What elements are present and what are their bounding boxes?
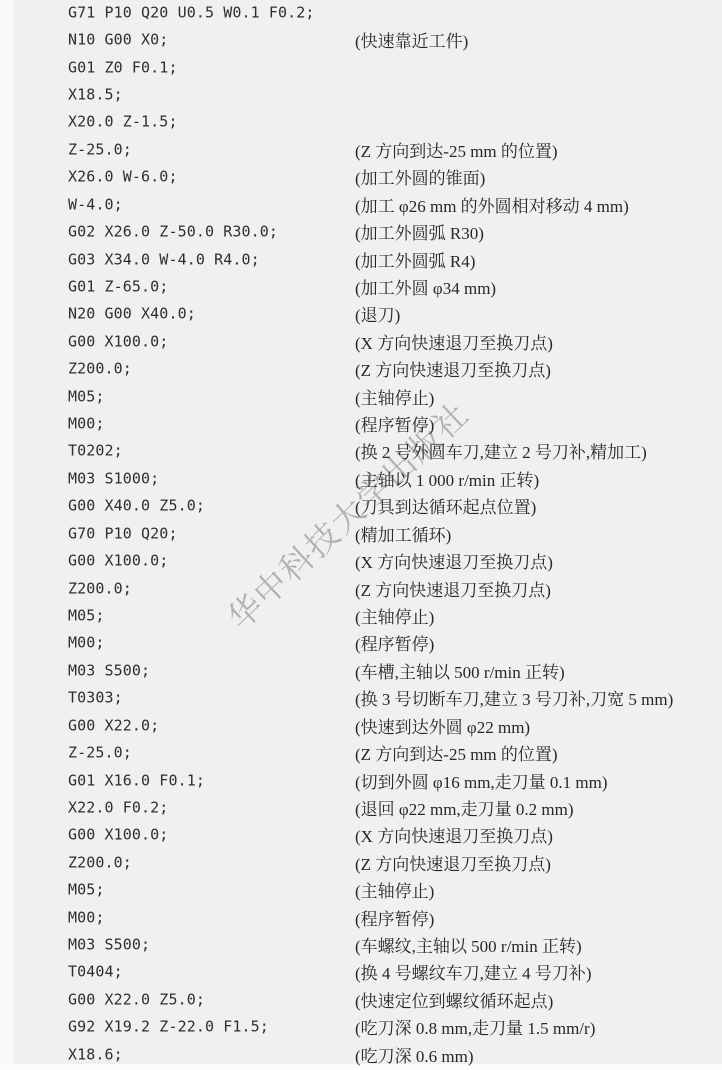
comment-text: (X 方向快速退刀至换刀点) [355,329,553,354]
program-line: M03 S1000;(主轴以 1 000 r/min 正转) [0,465,722,492]
program-line: X18.6;(吃刀深 0.6 mm) [0,1041,722,1068]
gcode-text: M03 S500; [68,661,150,679]
comment-text: (Z 方向快速退刀至换刀点) [355,576,551,601]
comment-text: (X 方向快速退刀至换刀点) [355,822,553,847]
gcode-text: G00 X100.0; [68,332,168,350]
gcode-text: G00 X40.0 Z5.0; [68,497,205,515]
comment-text: (退刀) [355,301,400,326]
program-line: M05;(主轴停止) [0,602,722,629]
gcode-text: G00 X100.0; [68,826,168,844]
comment-text: (加工外圆的锥面) [355,164,485,189]
gcode-text: G70 P10 Q20; [68,524,178,542]
program-line: G01 Z0 F0.1; [0,54,722,81]
program-line: M05;(主轴停止) [0,383,722,410]
comment-text: (快速定位到螺纹循环起点) [355,987,553,1012]
gcode-text: Z200.0; [68,853,132,871]
gcode-text: G03 X34.0 W-4.0 R4.0; [68,250,260,268]
program-line: X22.0 F0.2;(退回 φ22 mm,走刀量 0.2 mm) [0,794,722,821]
gcode-text: X26.0 W-6.0; [68,168,178,186]
program-line: Z200.0;(Z 方向快速退刀至换刀点) [0,849,722,876]
gcode-text: G01 Z-65.0; [68,278,168,296]
comment-text: (主轴停止) [355,603,434,628]
program-line: G00 X100.0;(X 方向快速退刀至换刀点) [0,328,722,355]
program-line: G70 P10 Q20;(精加工循环) [0,520,722,547]
gcode-text: G01 Z0 F0.1; [68,58,178,76]
program-line: Z-25.0;(Z 方向到达-25 mm 的位置) [0,739,722,766]
gcode-text: Z200.0; [68,579,132,597]
gcode-text: G01 X16.0 F0.1; [68,771,205,789]
comment-text: (加工外圆弧 R30) [355,219,484,244]
gcode-text: X22.0 F0.2; [68,799,168,817]
comment-text: (刀具到达循环起点位置) [355,493,536,518]
program-line: G92 X19.2 Z-22.0 F1.5;(吃刀深 0.8 mm,走刀量 1.… [0,1014,722,1041]
comment-text: (程序暂停) [355,905,434,930]
program-line: T0303;(换 3 号切断车刀,建立 3 号刀补,刀宽 5 mm) [0,685,722,712]
comment-text: (退回 φ22 mm,走刀量 0.2 mm) [355,795,574,820]
program-line: G71 P10 Q20 U0.5 W0.1 F0.2; [0,0,722,26]
gcode-text: G00 X100.0; [68,552,168,570]
comment-text: (X 方向快速退刀至换刀点) [355,548,553,573]
program-line: W-4.0;(加工 φ26 mm 的外圆相对移动 4 mm) [0,191,722,218]
program-line: Z200.0;(Z 方向快速退刀至换刀点) [0,355,722,382]
program-line: X26.0 W-6.0;(加工外圆的锥面) [0,164,722,191]
gcode-text: M05; [68,387,105,405]
comment-text: (Z 方向到达-25 mm 的位置) [355,740,558,765]
program-line: T0202;(换 2 号外圆车刀,建立 2 号刀补,精加工) [0,438,722,465]
comment-text: (精加工循环) [355,521,451,546]
program-line: X20.0 Z-1.5; [0,109,722,136]
program-line: G02 X26.0 Z-50.0 R30.0;(加工外圆弧 R30) [0,218,722,245]
program-line: X18.5; [0,81,722,108]
comment-text: (吃刀深 0.8 mm,走刀量 1.5 mm/r) [355,1014,595,1039]
gcode-text: M00; [68,634,105,652]
comment-text: (加工外圆 φ34 mm) [355,274,496,299]
gcode-text: G00 X22.0 Z5.0; [68,991,205,1009]
gcode-text: T0303; [68,689,123,707]
program-line: N20 G00 X40.0;(退刀) [0,301,722,328]
gcode-text: M05; [68,881,105,899]
program-line: G00 X22.0;(快速到达外圆 φ22 mm) [0,712,722,739]
program-line: M03 S500;(车螺纹,主轴以 500 r/min 正转) [0,931,722,958]
comment-text: (程序暂停) [355,630,434,655]
comment-text: (车螺纹,主轴以 500 r/min 正转) [355,932,582,957]
comment-text: (切到外圆 φ16 mm,走刀量 0.1 mm) [355,768,608,793]
program-line: M00;(程序暂停) [0,410,722,437]
program-line: M03 S500;(车槽,主轴以 500 r/min 正转) [0,657,722,684]
gcode-text: G71 P10 Q20 U0.5 W0.1 F0.2; [68,3,315,21]
program-line: M00;(程序暂停) [0,904,722,931]
comment-text: (主轴停止) [355,384,434,409]
gcode-text: N20 G00 X40.0; [68,305,196,323]
gcode-text: X20.0 Z-1.5; [68,113,178,131]
gcode-text: Z-25.0; [68,140,132,158]
gcode-text: X18.5; [68,86,123,104]
gcode-text: N10 G00 X0; [68,31,168,49]
gcode-program-listing: G71 P10 Q20 U0.5 W0.1 F0.2;N10 G00 X0;(快… [0,0,722,1068]
program-line: Z200.0;(Z 方向快速退刀至换刀点) [0,575,722,602]
gcode-text: G92 X19.2 Z-22.0 F1.5; [68,1018,269,1036]
scanned-textbook-page: 华中科技大学出版社 G71 P10 Q20 U0.5 W0.1 F0.2;N10… [0,0,722,1070]
comment-text: (快速到达外圆 φ22 mm) [355,713,530,738]
comment-text: (主轴以 1 000 r/min 正转) [355,466,539,491]
program-line: T0404;(换 4 号螺纹车刀,建立 4 号刀补) [0,959,722,986]
gcode-text: M03 S1000; [68,470,159,488]
comment-text: (加工 φ26 mm 的外圆相对移动 4 mm) [355,192,629,217]
comment-text: (Z 方向快速退刀至换刀点) [355,850,551,875]
gcode-text: M00; [68,415,105,433]
comment-text: (Z 方向到达-25 mm 的位置) [355,137,558,162]
gcode-text: Z200.0; [68,360,132,378]
program-line: G01 Z-65.0;(加工外圆 φ34 mm) [0,273,722,300]
gcode-text: G02 X26.0 Z-50.0 R30.0; [68,223,278,241]
gcode-text: Z-25.0; [68,744,132,762]
program-line: G01 X16.0 F0.1;(切到外圆 φ16 mm,走刀量 0.1 mm) [0,767,722,794]
comment-text: (Z 方向快速退刀至换刀点) [355,356,551,381]
program-line: G00 X100.0;(X 方向快速退刀至换刀点) [0,822,722,849]
comment-text: (换 2 号外圆车刀,建立 2 号刀补,精加工) [355,438,647,463]
gcode-text: W-4.0; [68,195,123,213]
comment-text: (加工外圆弧 R4) [355,247,475,272]
program-line: G00 X100.0;(X 方向快速退刀至换刀点) [0,547,722,574]
comment-text: (吃刀深 0.6 mm) [355,1042,474,1067]
comment-text: (快速靠近工件) [355,27,468,52]
comment-text: (换 4 号螺纹车刀,建立 4 号刀补) [355,959,592,984]
gcode-text: G00 X22.0; [68,716,159,734]
comment-text: (主轴停止) [355,877,434,902]
gcode-text: M05; [68,607,105,625]
program-line: G00 X22.0 Z5.0;(快速定位到螺纹循环起点) [0,986,722,1013]
gcode-text: T0404; [68,963,123,981]
gcode-text: X18.6; [68,1045,123,1063]
gcode-text: M03 S500; [68,936,150,954]
comment-text: (程序暂停) [355,411,434,436]
program-line: G03 X34.0 W-4.0 R4.0;(加工外圆弧 R4) [0,246,722,273]
gcode-text: T0202; [68,442,123,460]
program-line: M00;(程序暂停) [0,630,722,657]
program-line: G00 X40.0 Z5.0;(刀具到达循环起点位置) [0,493,722,520]
gcode-text: M00; [68,908,105,926]
comment-text: (换 3 号切断车刀,建立 3 号刀补,刀宽 5 mm) [355,685,673,710]
program-line: N10 G00 X0;(快速靠近工件) [0,26,722,53]
program-line: M05;(主轴停止) [0,877,722,904]
program-line: Z-25.0;(Z 方向到达-25 mm 的位置) [0,136,722,163]
comment-text: (车槽,主轴以 500 r/min 正转) [355,658,565,683]
